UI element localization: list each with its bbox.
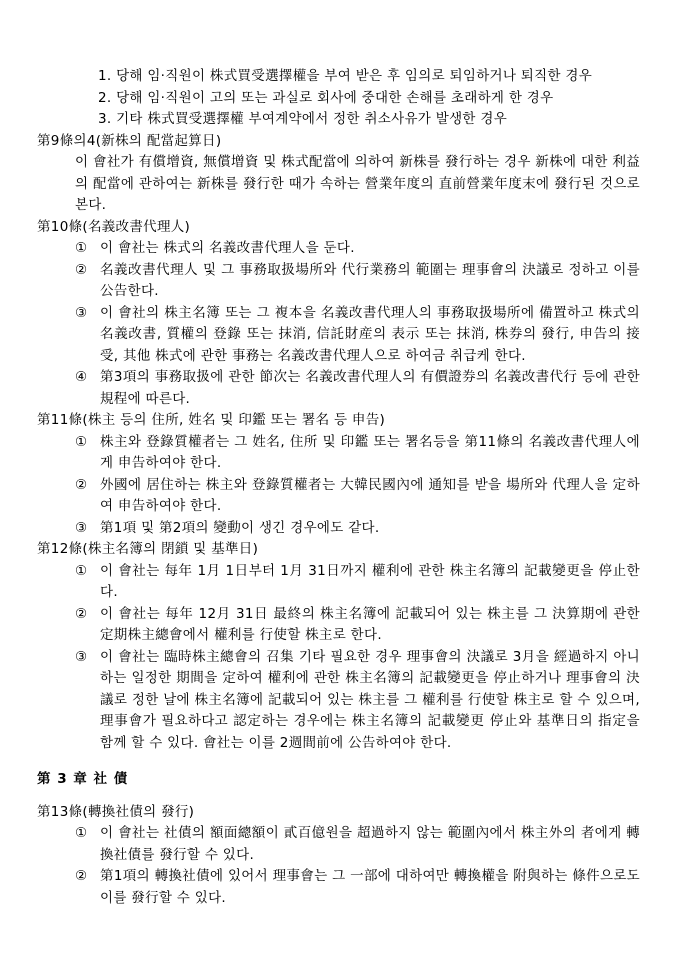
clause-number: ①	[75, 561, 100, 583]
clause: ②名義改書代理人 및 그 事務取扱場所와 代行業務의 範圍는 理事會의 決議로 …	[75, 260, 640, 303]
clause-number: ②	[75, 475, 100, 497]
clause: ①이 會社는 社債의 額面總額이 貳百億원을 超過하지 않는 範圍內에서 株主外…	[75, 823, 640, 866]
clause: ①株主와 登錄質權者는 그 姓名, 住所 및 印鑑 또는 署名등을 第11條의 …	[75, 432, 640, 475]
clause-number: ②	[75, 260, 100, 282]
clause: ①이 會社는 株式의 名義改書代理人을 둔다.	[75, 238, 640, 260]
sub-list-item: 2. 당해 임·직원이 고의 또는 과실로 회사에 중대한 손해를 초래하게 한…	[98, 88, 640, 110]
paragraph: 이 會社가 有償增資, 無償增資 및 株式配當에 의하여 新株를 發行하는 경우…	[75, 152, 640, 217]
clause-text: 外國에 居住하는 株主와 登錄質權者는 大韓民國內에 通知를 받을 場所와 代理…	[100, 475, 640, 518]
clause-text: 第1項 및 第2項의 變動이 생긴 경우에도 같다.	[100, 518, 640, 540]
clause: ②外國에 居住하는 株主와 登錄質權者는 大韓民國內에 通知를 받을 場所와 代…	[75, 475, 640, 518]
article-heading: 第9條의4(新株의 配當起算日)	[37, 131, 640, 153]
clause-text: 이 會社는 每年 1月 1日부터 1月 31日까지 權利에 관한 株主名簿의 記…	[100, 561, 640, 604]
document-page: 1. 당해 임·직원이 株式買受選擇權을 부여 받은 후 임의로 퇴임하거나 퇴…	[0, 0, 680, 962]
document-body: 1. 당해 임·직원이 株式買受選擇權을 부여 받은 후 임의로 퇴임하거나 퇴…	[37, 66, 640, 909]
clause-number: ③	[75, 303, 100, 325]
clause-number: ②	[75, 604, 100, 626]
clause-number: ①	[75, 238, 100, 260]
clause-number: ③	[75, 518, 100, 540]
clause: ④第3項의 事務取扱에 관한 節次는 名義改書代理人의 有價證券의 名義改書代行…	[75, 367, 640, 410]
clause: ②第1項의 轉換社債에 있어서 理事會는 그 一部에 대하여만 轉換權을 附與하…	[75, 866, 640, 909]
article-heading: 第11條(株主 등의 住所, 姓名 및 印鑑 또는 署名 등 申告)	[37, 410, 640, 432]
clause-text: 이 會社는 每年 12月 31日 最終의 株主名簿에 記載되어 있는 株主를 그…	[100, 604, 640, 647]
clause-number: ①	[75, 823, 100, 845]
clause-number: ②	[75, 866, 100, 888]
clause-text: 이 會社는 社債의 額面總額이 貳百億원을 超過하지 않는 範圍內에서 株主外의…	[100, 823, 640, 866]
clause: ③第1項 및 第2項의 變動이 생긴 경우에도 같다.	[75, 518, 640, 540]
sub-list-item: 1. 당해 임·직원이 株式買受選擇權을 부여 받은 후 임의로 퇴임하거나 퇴…	[98, 66, 640, 88]
clause-text: 株主와 登錄質權者는 그 姓名, 住所 및 印鑑 또는 署名등을 第11條의 名…	[100, 432, 640, 475]
clause-text: 이 會社의 株主名簿 또는 그 複本을 名義改書代理人의 事務取扱場所에 備置하…	[100, 303, 640, 368]
clause-text: 第3項의 事務取扱에 관한 節次는 名義改書代理人의 有價證券의 名義改書代行 …	[100, 367, 640, 410]
chapter-heading: 第 3 章 社 債	[37, 769, 640, 791]
clause-text: 第1項의 轉換社債에 있어서 理事會는 그 一部에 대하여만 轉換權을 附與하는…	[100, 866, 640, 909]
clause: ①이 會社는 每年 1月 1日부터 1月 31日까지 權利에 관한 株主名簿의 …	[75, 561, 640, 604]
clause: ②이 會社는 每年 12月 31日 最終의 株主名簿에 記載되어 있는 株主를 …	[75, 604, 640, 647]
clause-text: 名義改書代理人 및 그 事務取扱場所와 代行業務의 範圍는 理事會의 決議로 정…	[100, 260, 640, 303]
clause-number: ①	[75, 432, 100, 454]
clause: ③이 會社의 株主名簿 또는 그 複本을 名義改書代理人의 事務取扱場所에 備置…	[75, 303, 640, 368]
clause-number: ③	[75, 647, 100, 669]
clause-text: 이 會社는 臨時株主總會의 召集 기타 필요한 경우 理事會의 決議로 3月을 …	[100, 647, 640, 755]
sub-list-item: 3. 기타 株式買受選擇權 부여계약에서 정한 취소사유가 발생한 경우	[98, 109, 640, 131]
article-heading: 第13條(轉換社債의 發行)	[37, 802, 640, 824]
article-heading: 第10條(名義改書代理人)	[37, 217, 640, 239]
clause-number: ④	[75, 367, 100, 389]
article-heading: 第12條(株主名簿의 閉鎖 및 基準日)	[37, 539, 640, 561]
clause-text: 이 會社는 株式의 名義改書代理人을 둔다.	[100, 238, 640, 260]
clause: ③이 會社는 臨時株主總會의 召集 기타 필요한 경우 理事會의 決議로 3月을…	[75, 647, 640, 755]
